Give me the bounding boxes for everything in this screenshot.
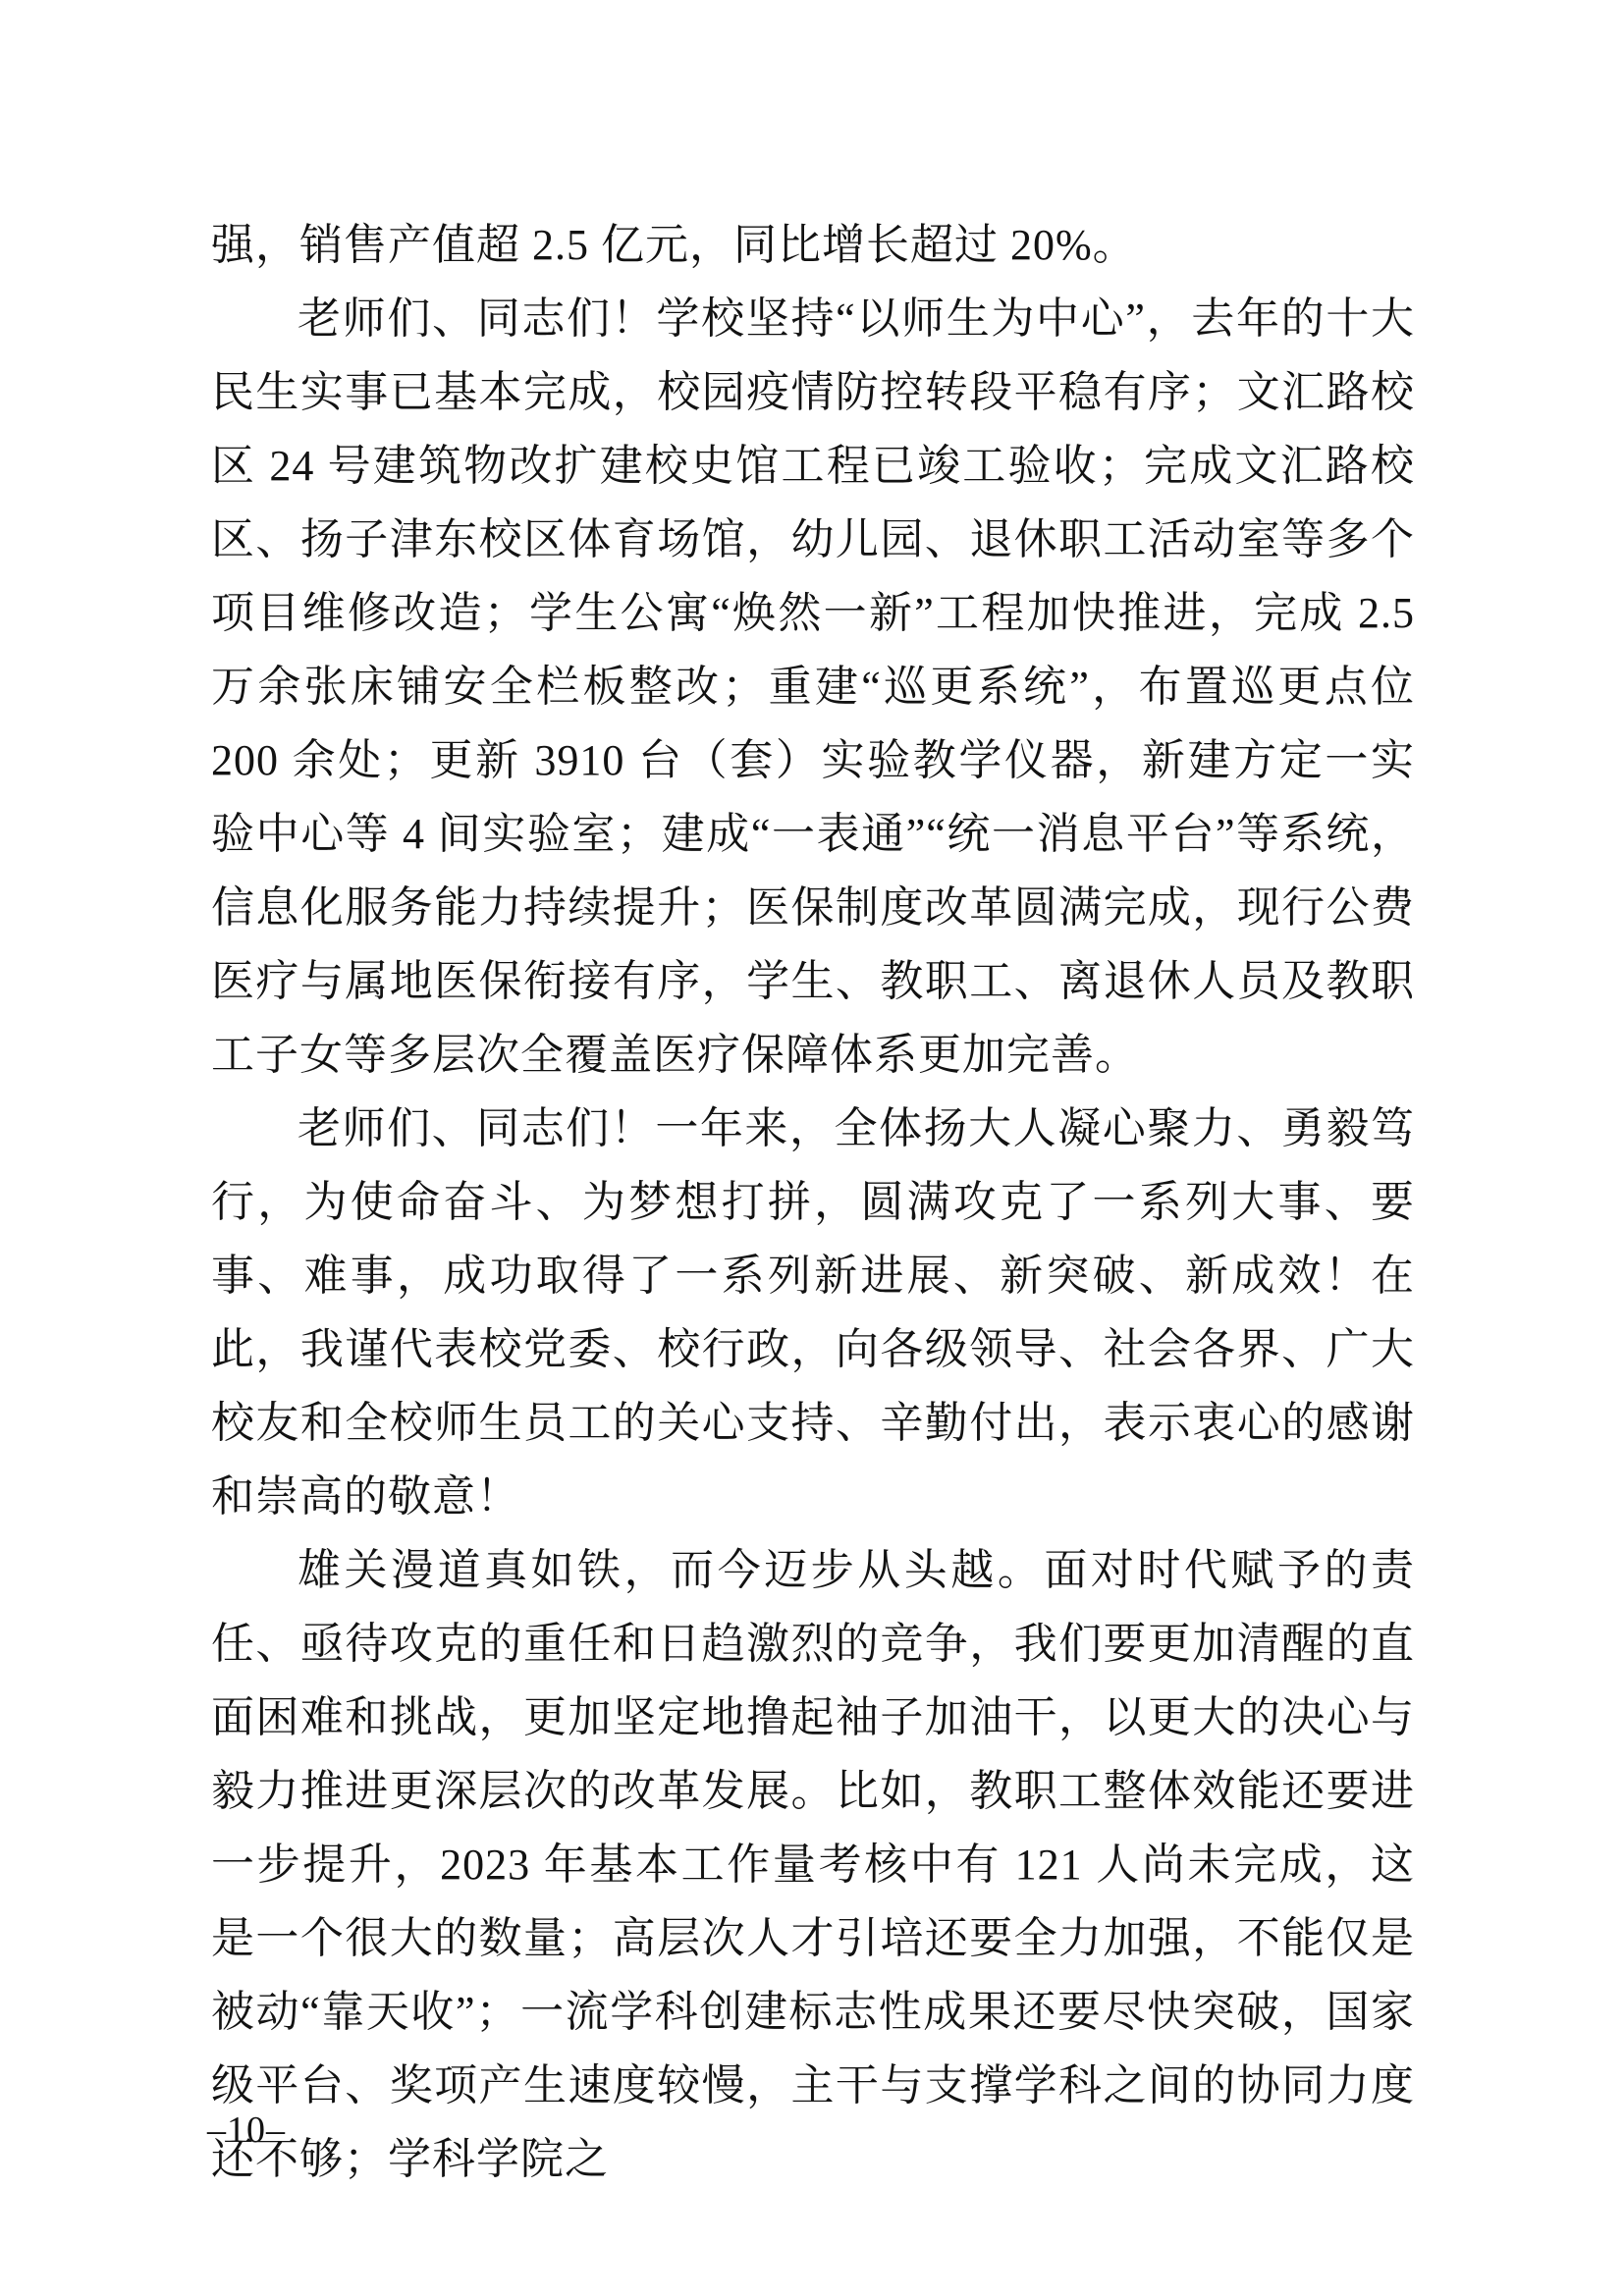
page-number: –10– (207, 2107, 286, 2154)
document-body: 强，销售产值超 2.5 亿元，同比增长超过 20%。 老师们、同志们！学校坚持“… (211, 208, 1415, 2196)
paragraph-challenges: 雄关漫道真如铁，而今迈步从头越。面对时代赋予的责任、亟待攻克的重任和日趋激烈的竞… (211, 1533, 1415, 2196)
paragraph-thanks: 老师们、同志们！一年来，全体扬大人凝心聚力、勇毅笃行，为使命奋斗、为梦想打拼，圆… (211, 1092, 1415, 1533)
paragraph-continuation: 强，销售产值超 2.5 亿元，同比增长超过 20%。 (211, 208, 1415, 282)
paragraph-achievements: 老师们、同志们！学校坚持“以师生为中心”，去年的十大民生实事已基本完成，校园疫情… (211, 282, 1415, 1092)
document-page: 强，销售产值超 2.5 亿元，同比增长超过 20%。 老师们、同志们！学校坚持“… (0, 0, 1624, 2296)
